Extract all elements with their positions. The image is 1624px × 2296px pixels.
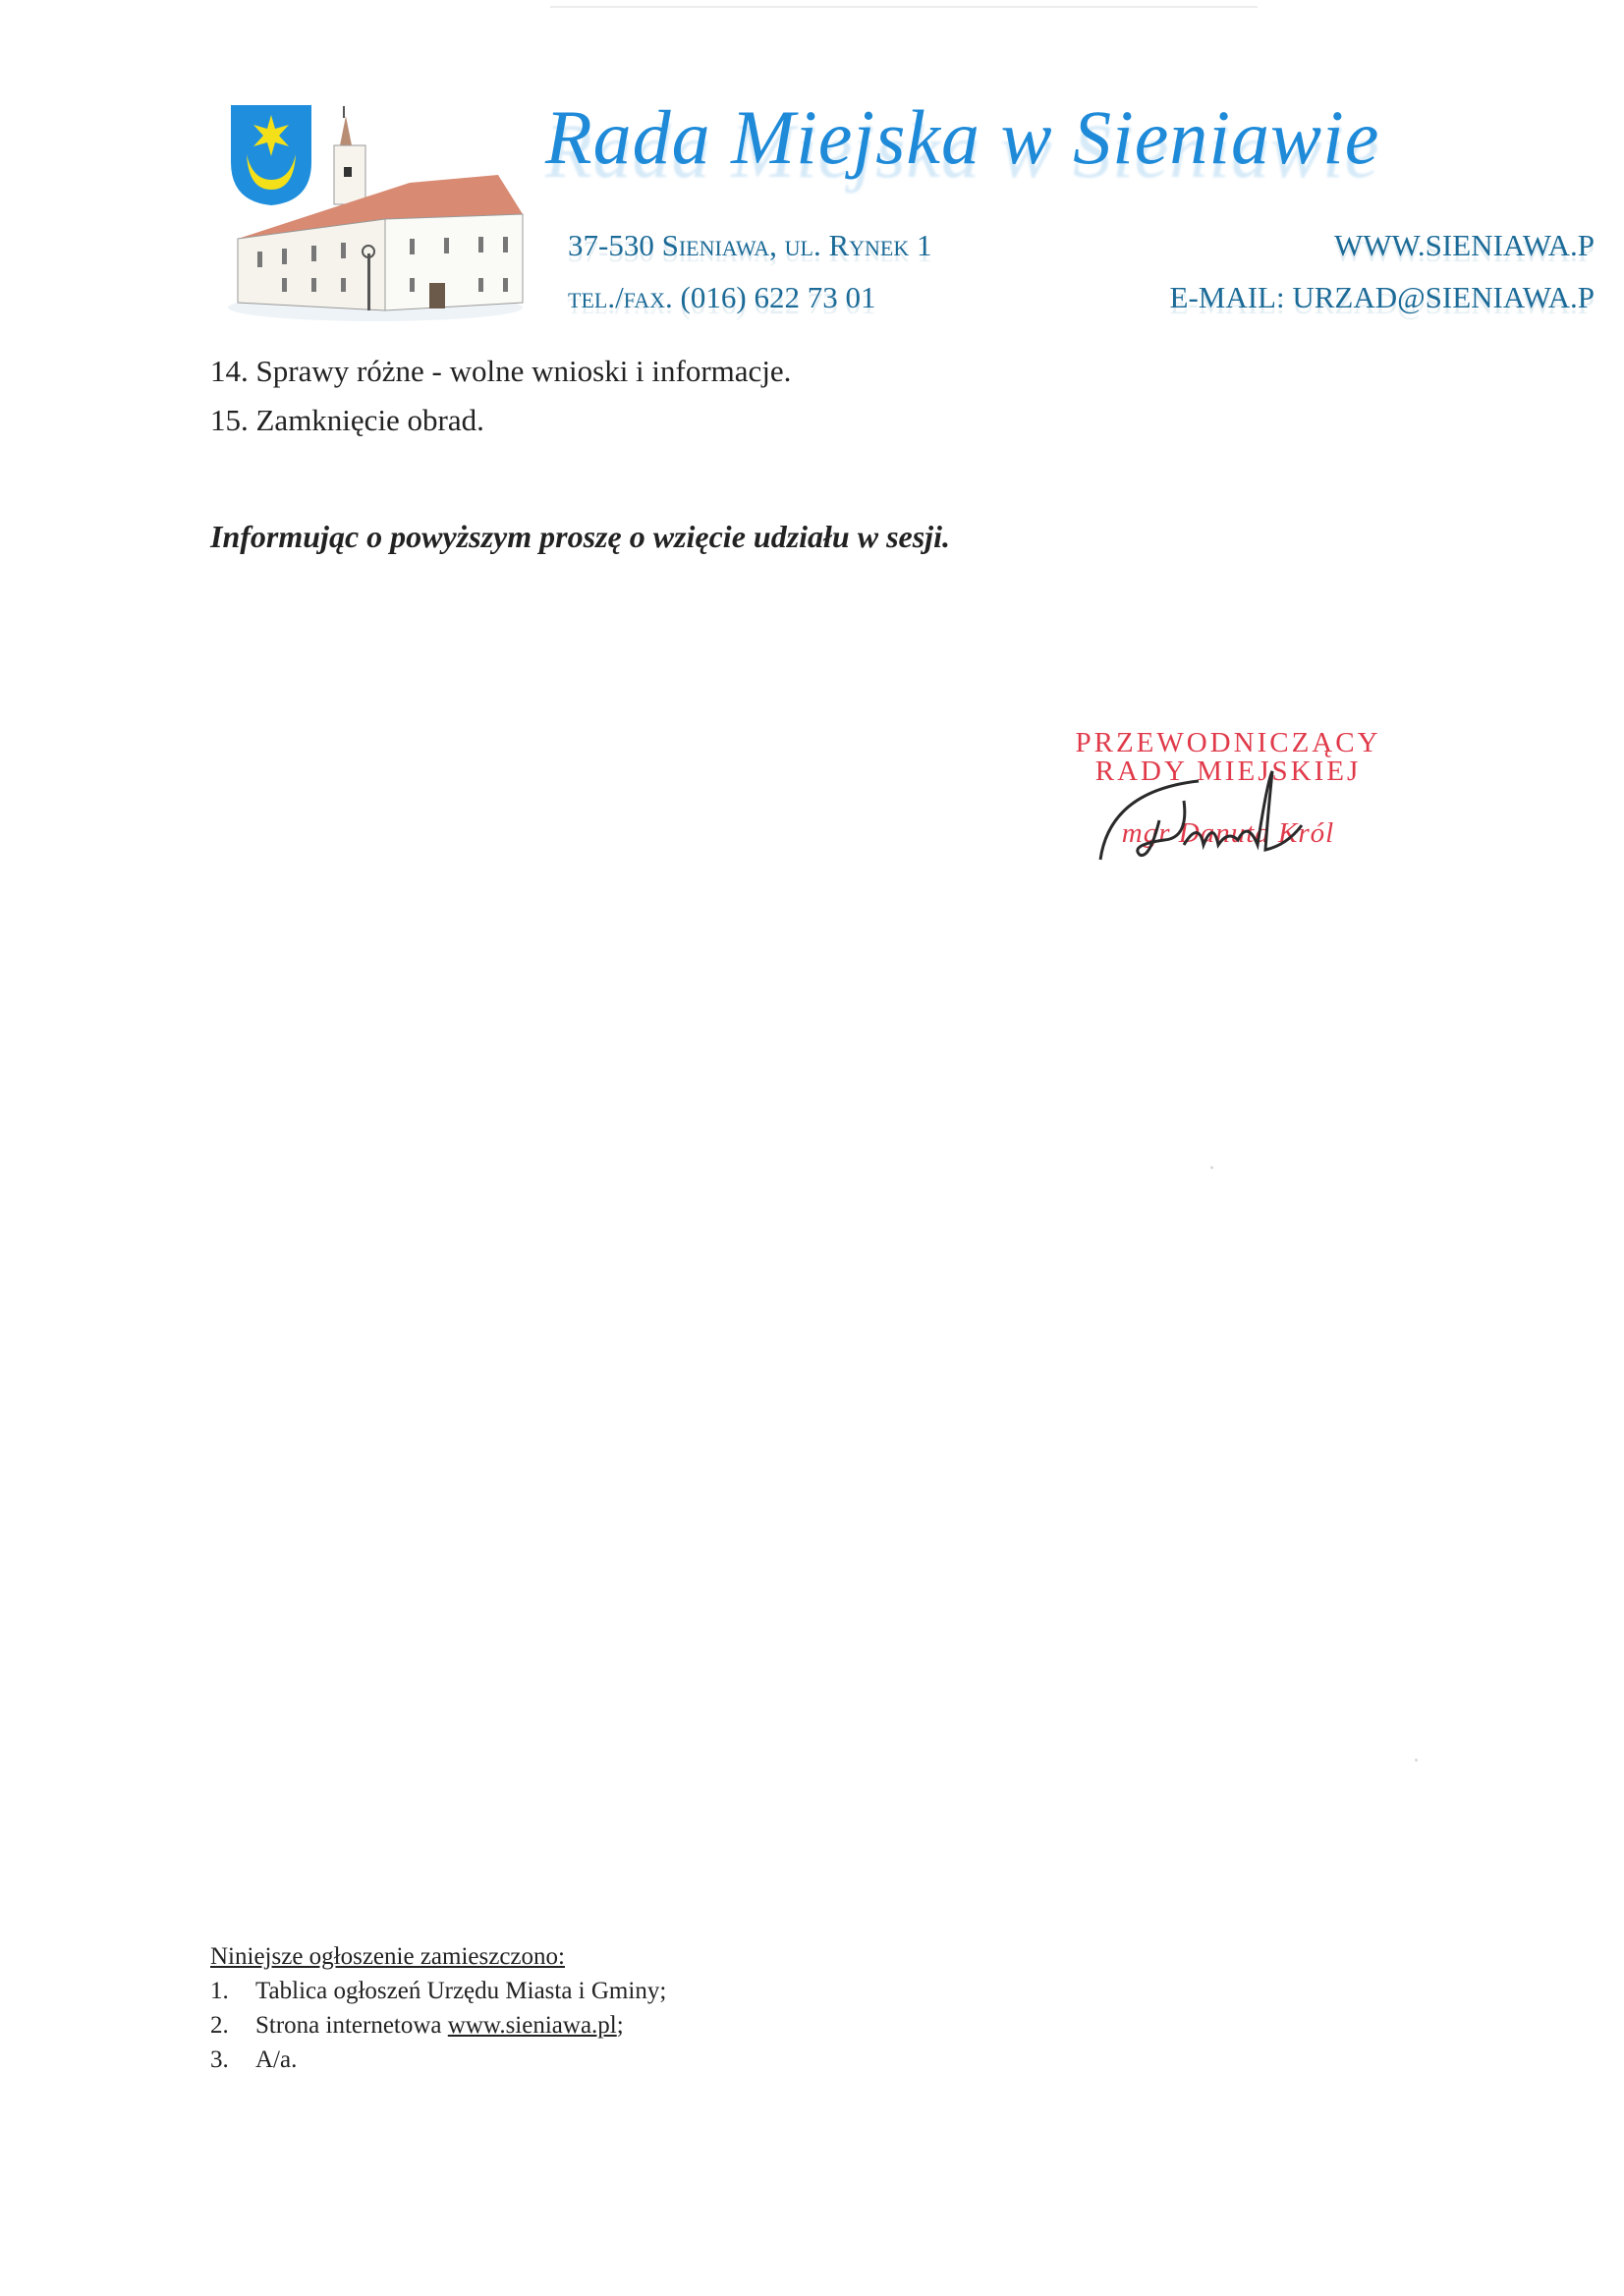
agenda-item: 14. Sprawy różne - wolne wnioski i infor… xyxy=(210,354,791,389)
agenda-item-number: 14. xyxy=(210,354,249,388)
publication-item: 2.Strona internetowa www.sieniawa.pl; xyxy=(210,2012,624,2040)
agenda-item-text: Sprawy różne - wolne wnioski i informacj… xyxy=(256,354,792,388)
signature-icon xyxy=(1091,761,1326,879)
item-number: 1. xyxy=(210,1978,255,2005)
publication-item: 1.Tablica ogłoszeń Urzędu Miasta i Gminy… xyxy=(210,1978,666,2005)
closing-statement: Informując o powyższym proszę o wzięcie … xyxy=(210,519,950,555)
publication-item: 3.A/a. xyxy=(210,2046,297,2074)
item-number: 3. xyxy=(210,2046,255,2074)
address: 37-530 Sieniawa, ul. Rynek 1 xyxy=(568,228,932,263)
scan-speck xyxy=(1415,1759,1418,1762)
item-number: 2. xyxy=(210,2012,255,2040)
phone-fax: tel./fax. (016) 622 73 01 xyxy=(568,280,875,315)
council-title: Rada Miejska w Sieniawie xyxy=(545,93,1379,182)
scan-speck xyxy=(1210,1166,1213,1169)
item-text: A/a. xyxy=(255,2046,297,2073)
website-link[interactable]: www.sieniawa.pl xyxy=(448,2012,617,2039)
town-hall-illustration xyxy=(218,106,542,324)
publication-heading: Niniejsze ogłoszenie zamieszczono: xyxy=(210,1943,565,1971)
agenda-item-text: Zamknięcie obrad. xyxy=(256,403,484,437)
agenda-item-number: 15. xyxy=(210,403,249,437)
item-text: Strona internetowa xyxy=(255,2012,448,2039)
email: E-MAIL: URZAD@SIENIAWA.P xyxy=(1170,280,1595,315)
item-text: Tablica ogłoszeń Urzędu Miasta i Gminy; xyxy=(255,1978,666,2004)
item-suffix: ; xyxy=(617,2012,624,2039)
agenda-item: 15. Zamknięcie obrad. xyxy=(210,403,484,438)
scan-edge-line xyxy=(550,6,1258,8)
website: WWW.SIENIAWA.P xyxy=(1334,228,1595,263)
